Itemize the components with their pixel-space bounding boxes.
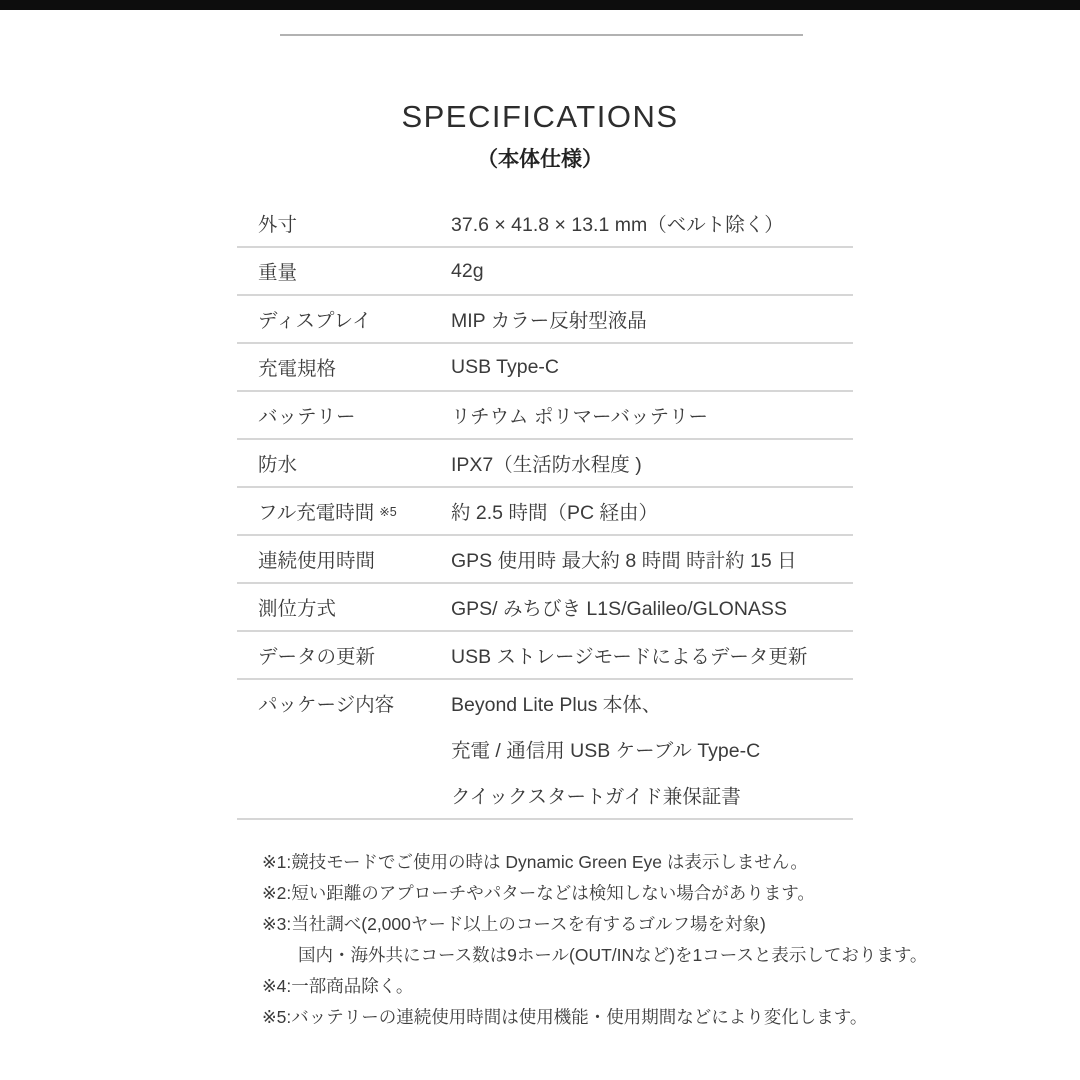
spec-value-line: 37.6 × 41.8 × 13.1 mm（ベルト除く） [451,200,853,246]
spec-label: フル充電時間 [258,497,374,525]
spec-value-line: 充電 / 通信用 USB ケーブル Type-C [451,726,853,772]
spec-label: ディスプレイ [258,305,372,333]
table-row: 重量 42g [237,248,853,296]
spec-label: 充電規格 [258,353,336,381]
spec-value-line: MIP カラー反射型液晶 [451,296,853,342]
page-title: SPECIFICATIONS [0,99,1080,135]
spec-value-cell: Beyond Lite Plus 本体、充電 / 通信用 USB ケーブル Ty… [451,680,853,818]
spec-label-cell: 連続使用時間 [258,536,451,582]
table-row: 測位方式 GPS/ みちびき L1S/Galileo/GLONASS [237,584,853,632]
table-row: 連続使用時間 GPS 使用時 最大約 8 時間 時計約 15 日 [237,536,853,584]
spec-value-cell: 約 2.5 時間（PC 経由） [451,488,853,534]
spec-label-cell: 測位方式 [258,584,451,630]
spec-label: パッケージ内容 [258,689,394,717]
spec-value-line: Beyond Lite Plus 本体、 [451,680,853,726]
spec-value-line: USB ストレージモードによるデータ更新 [451,632,853,678]
spec-value-line: GPS/ みちびき L1S/Galileo/GLONASS [451,584,853,630]
spec-label: 防水 [258,449,297,477]
table-row: バッテリー リチウム ポリマーバッテリー [237,392,853,440]
spec-value-cell: 37.6 × 41.8 × 13.1 mm（ベルト除く） [451,200,853,246]
spec-label: 外寸 [258,209,297,237]
spec-table: 外寸 37.6 × 41.8 × 13.1 mm（ベルト除く） 重量 42g デ… [237,200,853,820]
spec-label-cell: 外寸 [258,200,451,246]
spec-label-cell: データの更新 [258,632,451,678]
spec-label: バッテリー [258,401,356,429]
footnote-line: ※2:短い距離のアプローチやパターなどは検知しない場合があります。 [262,877,927,908]
table-row: 充電規格 USB Type-C [237,344,853,392]
spec-label: 重量 [258,257,297,285]
top-black-bar [0,0,1080,10]
spec-value-cell: USB Type-C [451,344,853,390]
spec-label-cell: 重量 [258,248,451,294]
spec-label: データの更新 [258,641,375,669]
spec-value-cell: MIP カラー反射型液晶 [451,296,853,342]
spec-sheet-page: SPECIFICATIONS （本体仕様） 外寸 37.6 × 41.8 × 1… [0,0,1080,1080]
spec-value-cell: 42g [451,248,853,294]
spec-label: 連続使用時間 [258,545,375,573]
spec-label-cell: 充電規格 [258,344,451,390]
table-row: 防水 IPX7（生活防水程度 ) [237,440,853,488]
spec-value-cell: GPS 使用時 最大約 8 時間 時計約 15 日 [451,536,853,582]
footnote-line: ※1:競技モードでご使用の時は Dynamic Green Eye は表示しませ… [262,846,927,877]
table-row: ディスプレイ MIP カラー反射型液晶 [237,296,853,344]
spec-value-line: 約 2.5 時間（PC 経由） [451,488,853,534]
spec-label-cell: ディスプレイ [258,296,451,342]
spec-label-cell: パッケージ内容 [258,680,451,726]
spec-value-cell: IPX7（生活防水程度 ) [451,440,853,486]
footnote-line: ※5:バッテリーの連続使用時間は使用機能・使用期間などにより変化します。 [262,1001,927,1032]
footnote-line: ※3:当社調べ(2,000ヤード以上のコースを有するゴルフ場を対象) [262,908,927,939]
spec-value-cell: リチウム ポリマーバッテリー [451,392,853,438]
table-row: 外寸 37.6 × 41.8 × 13.1 mm（ベルト除く） [237,200,853,248]
spec-label-cell: 防水 [258,440,451,486]
header-divider-line [280,34,803,36]
spec-value-cell: USB ストレージモードによるデータ更新 [451,632,853,678]
table-row: データの更新 USB ストレージモードによるデータ更新 [237,632,853,680]
spec-label: 測位方式 [258,593,336,621]
spec-value-line: IPX7（生活防水程度 ) [451,440,853,486]
spec-label-cell: バッテリー [258,392,451,438]
spec-value-cell: GPS/ みちびき L1S/Galileo/GLONASS [451,584,853,630]
spec-value-line: USB Type-C [451,344,853,390]
table-row: パッケージ内容 Beyond Lite Plus 本体、充電 / 通信用 USB… [237,680,853,820]
spec-value-line: クイックスタートガイド兼保証書 [451,772,853,818]
spec-value-line: リチウム ポリマーバッテリー [451,392,853,438]
footnote-line: 国内・海外共にコース数は9ホール(OUT/INなど)を1コースと表示しております… [262,939,927,970]
spec-value-line: GPS 使用時 最大約 8 時間 時計約 15 日 [451,536,853,582]
table-row: フル充電時間 ※5 約 2.5 時間（PC 経由） [237,488,853,536]
spec-value-line: 42g [451,248,853,294]
spec-label-cell: フル充電時間 ※5 [258,488,451,534]
page-subtitle: （本体仕様） [0,143,1080,173]
footnotes: ※1:競技モードでご使用の時は Dynamic Green Eye は表示しませ… [262,846,927,1032]
spec-label-note: ※5 [379,504,396,519]
footnote-line: ※4:一部商品除く。 [262,970,927,1001]
